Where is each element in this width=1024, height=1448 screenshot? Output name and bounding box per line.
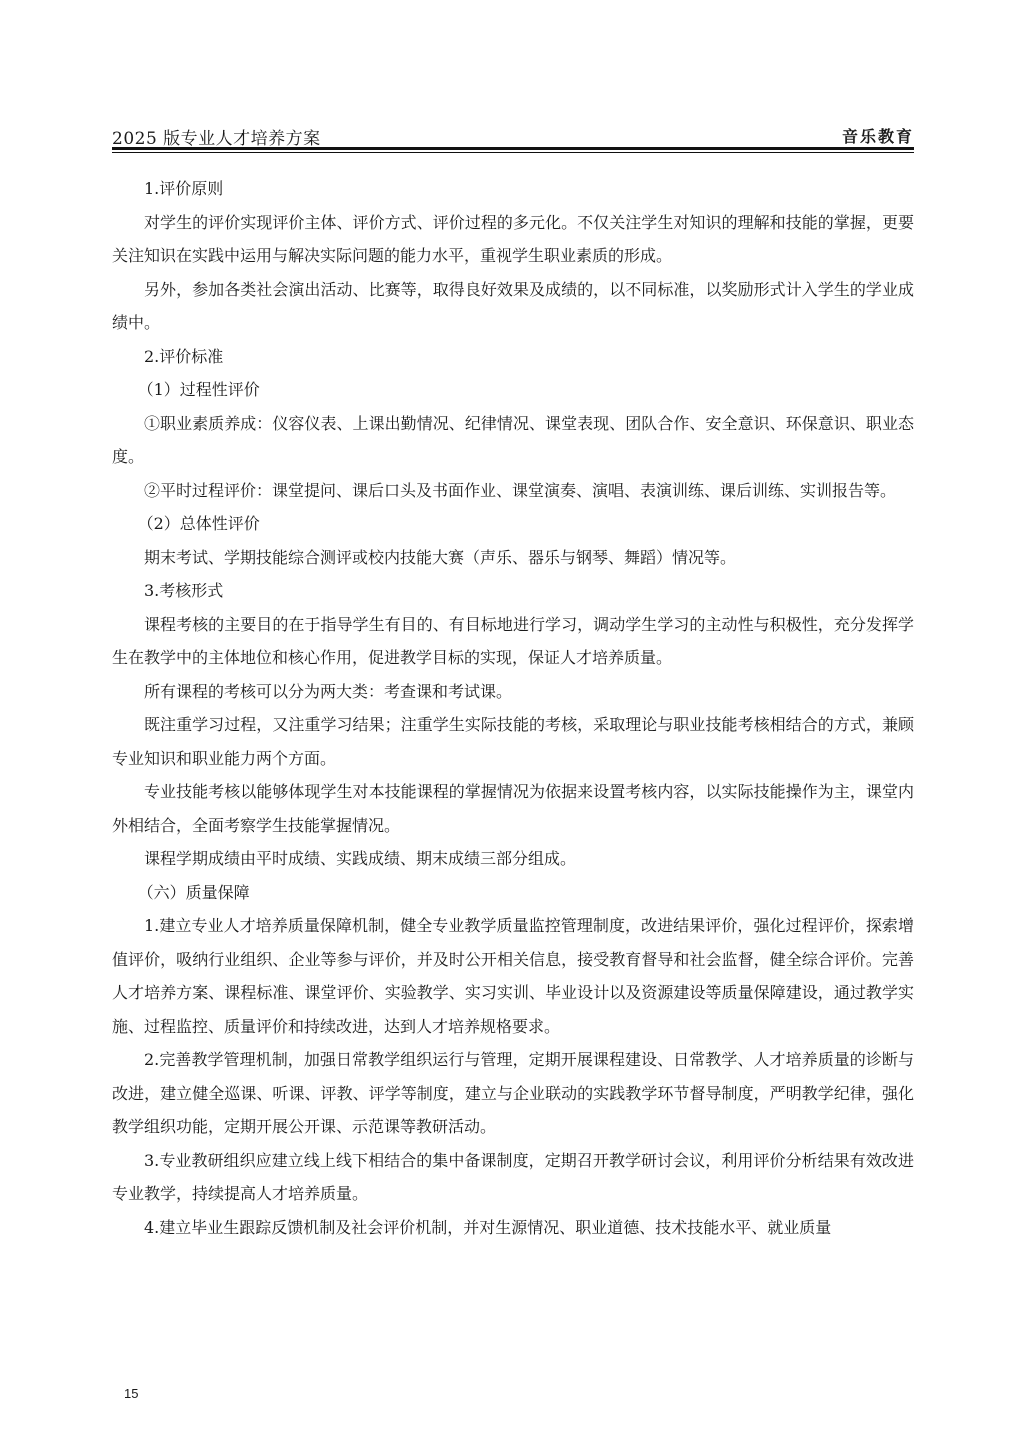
running-header: 2025 版专业人才培养方案 音乐教育	[112, 124, 914, 148]
section-heading: 3.考核形式	[112, 574, 914, 608]
paragraph: 期末考试、学期技能综合测评或校内技能大赛（声乐、器乐与钢琴、舞蹈）情况等。	[112, 541, 914, 575]
header-rule-thick	[112, 147, 914, 150]
paragraph: 专业技能考核以能够体现学生对本技能课程的掌握情况为依据来设置考核内容，以实际技能…	[112, 775, 914, 842]
paragraph: 3.专业教研组织应建立线上线下相结合的集中备课制度，定期召开教学研讨会议，利用评…	[112, 1144, 914, 1211]
page-number: 15	[124, 1386, 138, 1401]
paragraph: 既注重学习过程，又注重学习结果；注重学生实际技能的考核，采取理论与职业技能考核相…	[112, 708, 914, 775]
page-body: 1.评价原则 对学生的评价实现评价主体、评价方式、评价过程的多元化。不仅关注学生…	[112, 172, 914, 1244]
header-document-title: 2025 版专业人才培养方案	[112, 124, 321, 149]
paragraph: 课程学期成绩由平时成绩、实践成绩、期末成绩三部分组成。	[112, 842, 914, 876]
section-heading: 2.评价标准	[112, 340, 914, 374]
paragraph: 4.建立毕业生跟踪反馈机制及社会评价机制，并对生源情况、职业道德、技术技能水平、…	[112, 1211, 914, 1245]
header-rule-thin	[112, 152, 914, 153]
subsection-heading: （1）过程性评价	[112, 373, 914, 407]
paragraph: ②平时过程评价：课堂提问、课后口头及书面作业、课堂演奏、演唱、表演训练、课后训练…	[112, 474, 914, 508]
section-heading: （六）质量保障	[112, 876, 914, 910]
paragraph: 所有课程的考核可以分为两大类：考查课和考试课。	[112, 675, 914, 709]
paragraph: ①职业素质养成：仪容仪表、上课出勤情况、纪律情况、课堂表现、团队合作、安全意识、…	[112, 407, 914, 474]
paragraph: 1.建立专业人才培养质量保障机制，健全专业教学质量监控管理制度，改进结果评价，强…	[112, 909, 914, 1043]
header-major-name: 音乐教育	[842, 124, 914, 147]
section-heading: 1.评价原则	[112, 172, 914, 206]
paragraph: 课程考核的主要目的在于指导学生有目的、有目标地进行学习，调动学生学习的主动性与积…	[112, 608, 914, 675]
paragraph: 另外，参加各类社会演出活动、比赛等，取得良好效果及成绩的，以不同标准，以奖励形式…	[112, 273, 914, 340]
subsection-heading: （2）总体性评价	[112, 507, 914, 541]
paragraph: 对学生的评价实现评价主体、评价方式、评价过程的多元化。不仅关注学生对知识的理解和…	[112, 206, 914, 273]
paragraph: 2.完善教学管理机制，加强日常教学组织运行与管理，定期开展课程建设、日常教学、人…	[112, 1043, 914, 1144]
